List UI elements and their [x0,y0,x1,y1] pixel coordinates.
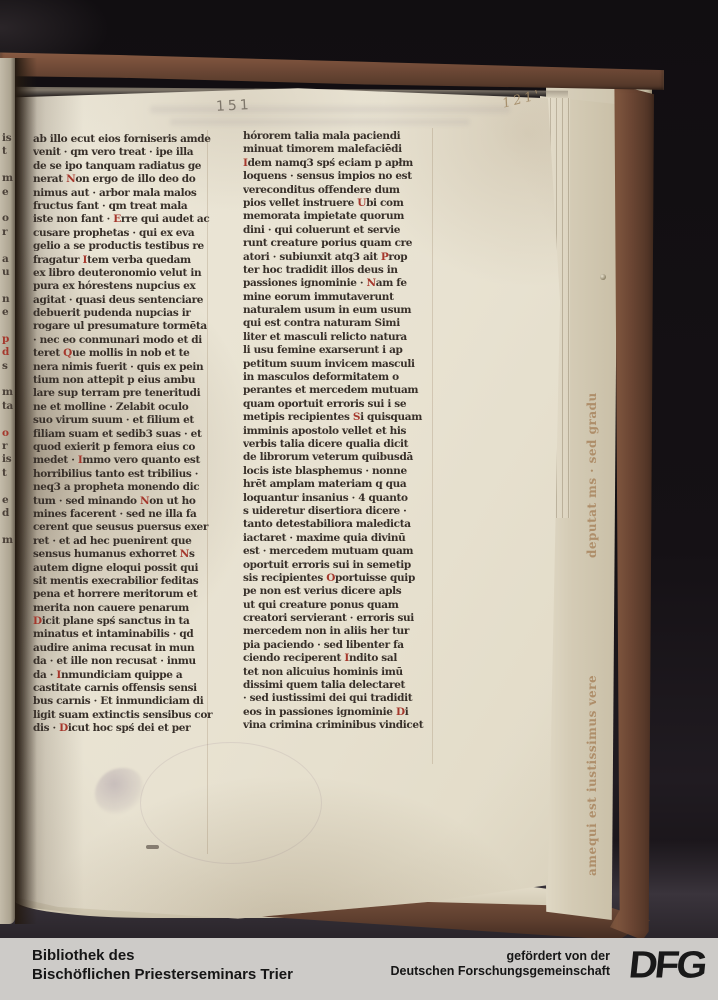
column-ruling-line [432,128,433,764]
library-name: Bibliothek des Bischöflichen Priestersem… [32,946,293,984]
rubricated-initial: I [344,652,349,664]
manuscript-line: runt creature porius quam cre [243,237,431,250]
manuscript-line: Idem namq3 spś eciam p apłm [243,157,431,170]
manuscript-line: li usu femine exarserunt i ap [243,344,431,357]
digitized-manuscript-screenshot: istmeoraunepdsmtaoristedm 151 121' ab il… [0,0,718,1000]
fore-edge-inscription-segment: ame [582,812,602,876]
manuscript-line: sis recipientes Oportuisse quip [243,572,431,585]
manuscript-scan-photo: istmeoraunepdsmtaoristedm 151 121' ab il… [0,0,718,938]
digitization-footer-band: Bibliothek des Bischöflichen Priestersem… [0,938,718,1000]
show-through-text [150,106,510,113]
manuscript-column-left: ab illo ecut eios forniseris amdevenit ·… [33,133,215,736]
manuscript-line: quod exierit p femora eius co [33,441,215,454]
rubricated-initial: O [326,572,335,584]
manuscript-line: minatus et intaminabilis · qd [33,628,215,641]
manuscript-line: loquantur insanius · 4 quanto [243,492,431,505]
manuscript-line: Dicit plane spś sanctus in ta [33,615,215,628]
manuscript-line: venit · qm vero treat · ipe illa [33,146,215,159]
facing-page-text-fragment [0,413,15,426]
funding-credit: gefördert von der Deutschen Forschungsge… [391,949,611,979]
facing-page-text-fragment: m [0,386,15,399]
manuscript-line: hrēt amplam materiam q qua [243,478,431,491]
rubricated-initial: D [33,615,42,627]
facing-page-text-fragment: r [0,440,15,453]
facing-page-text-fragment: p [0,333,15,346]
manuscript-line: oportuit erroris sui in semetip [243,559,431,572]
manuscript-line: ret · et ad hec puenirent que [33,535,215,548]
facing-page-text-fragment [0,159,15,172]
manuscript-line: audire anima recusat in mun [33,642,215,655]
ink-speck [146,845,159,849]
manuscript-line: locis iste blasphemus · nonne [243,465,431,478]
manuscript-line: imminis apostolo vellet et his [243,425,431,438]
manuscript-line: passiones ignominie · Nam fe [243,277,431,290]
manuscript-line: in masculos deformitatem o [243,371,431,384]
facing-page-text-fragment [0,279,15,292]
facing-page-text-fragment: n [0,293,15,306]
manuscript-line: nimus aut · arbor mala malos [33,187,215,200]
book-cover-top-edge [0,50,664,92]
facing-page-text-fragment: r [0,226,15,239]
manuscript-line: de librorum veterum quibusdā [243,451,431,464]
manuscript-line: teret Que mollis in nob et te [33,347,215,360]
manuscript-line: minuat timorem malefaciēdi [243,143,431,156]
funding-credit-line1: gefördert von der [391,949,611,964]
facing-page-text-fragment: u [0,266,15,279]
manuscript-line: dis · Dicut hoc spś dei et per [33,722,215,735]
manuscript-line: bus carnis · Et inmundiciam di [33,695,215,708]
funding-credit-line2: Deutschen Forschungsgemeinschaft [391,964,611,979]
facing-page-text-fragment [0,480,15,493]
manuscript-line: mercedem non in aliis her tur [243,625,431,638]
manuscript-line: est · mercedem mutuam quam [243,545,431,558]
facing-page-text-fragment [0,239,15,252]
rubricated-initial: N [140,495,149,507]
facing-page-text-fragment: d [0,346,15,359]
manuscript-line: tum · sed minando Non ut ho [33,495,215,508]
facing-page-text-fragment: is [0,453,15,466]
manuscript-line: pura ex hórestens nupcius ex [33,280,215,293]
manuscript-line: memorata impietate quorum [243,210,431,223]
facing-page-text-fragment: d [0,507,15,520]
manuscript-line: mines facerent · sed ne illa fa [33,508,215,521]
manuscript-line: tanto detestabiliora maledicta [243,518,431,531]
manuscript-line: merita non cauere penarum [33,602,215,615]
rubricated-initial: P [381,251,389,263]
library-name-line1: Bibliothek des [32,946,293,965]
facing-page-text-fragment: m [0,172,15,185]
folio-number-pencil: 151 [216,97,253,115]
manuscript-line: cerent que seusus puersus exer [33,521,215,534]
rubricated-initial: N [66,173,75,185]
manuscript-line: vina crimina criminibus vindicet [243,719,431,732]
facing-page-text-fragment: t [0,467,15,480]
manuscript-line: ciendo reciperent Indito sal [243,652,431,665]
manuscript-line: ter hoc tradidit illos deus in [243,264,431,277]
manuscript-line: atori · subiunxit atq3 ait Prop [243,251,431,264]
facing-page-text-fragment: s [0,360,15,373]
manuscript-line: da · et ille non recusat · inmu [33,655,215,668]
facing-page-text-fragment: o [0,427,15,440]
facing-page-text-fragment: e [0,306,15,319]
book-cover-right-edge [610,84,654,940]
manuscript-line: quam oportuit erroris sui i se [243,398,431,411]
manuscript-line: · sed iustissimi dei qui tradidit [243,692,431,705]
rubricated-initial: I [56,669,61,681]
manuscript-line: nerat Non ergo de illo deo do [33,173,215,186]
rubricated-initial: I [243,157,248,169]
manuscript-line: qui est contra naturam Simi [243,317,431,330]
manuscript-line: ab illo ecut eios forniseris amde [33,133,215,146]
manuscript-line: autem digne eloqui possit qui [33,562,215,575]
manuscript-line: castitate carnis offensis sensi [33,682,215,695]
manuscript-line: naturalem usum in eum usum [243,304,431,317]
manuscript-line: nera nimis fuerit · quis ex pein [33,361,215,374]
manuscript-line: ligit suam extinctis sensibus cor [33,709,215,722]
facing-page-text-fragment: o [0,212,15,225]
manuscript-line: horribilius tanto est tribilius · [33,468,215,481]
manuscript-line: perantes et mercedem mutuam [243,384,431,397]
fore-edge-inscription-segment: deputat ms · sed gradu [582,266,602,558]
rubricated-initial: S [353,411,360,423]
manuscript-line: medet · Immo vero quanto est [33,454,215,467]
manuscript-line: lare sup terram pre teneritudi [33,387,215,400]
manuscript-line: pena et horrere meritorum et [33,588,215,601]
library-name-line2: Bischöflichen Priesterseminars Trier [32,965,293,984]
facing-page-text-fragment: m [0,534,15,547]
facing-page-text-fragment [0,199,15,212]
manuscript-line: suo virum suum · et filium et [33,414,215,427]
manuscript-line: pe non est verius dicere apls [243,585,431,598]
rubricated-initial: N [366,277,375,289]
manuscript-line: liter et masculi relicto natura [243,331,431,344]
manuscript-line: s uideretur disertiora dicere · [243,505,431,518]
dfg-logo: DFG [626,944,706,987]
facing-page-text-fragment: ta [0,400,15,413]
manuscript-line: filiam suam et sedib3 suas · et [33,428,215,441]
manuscript-line: de se ipo tanquam radiatus ge [33,160,215,173]
manuscript-line: tet non alicuius hominis imū [243,666,431,679]
manuscript-line: sit mentis execrabilior feditas [33,575,215,588]
manuscript-line: ne et molline · Zelabit oculo [33,401,215,414]
facing-page-text-fragment: e [0,186,15,199]
manuscript-line: neq3 a propheta monendo dic [33,481,215,494]
facing-page-text-fragment: a [0,253,15,266]
manuscript-line: iactaret · maxime quia divinū [243,532,431,545]
manuscript-line: eos in passiones ignominie Di [243,706,431,719]
rubricated-initial: U [357,197,366,209]
manuscript-line: sensus humanus exhorret Ns [33,548,215,561]
manuscript-line: verbis talia dicere qualia dicit [243,438,431,451]
show-through-text [170,119,470,125]
manuscript-line: · nec eo conmunari modo et di [33,334,215,347]
manuscript-line: dini · qui coluerunt et servie [243,224,431,237]
rubricated-initial: Q [63,347,72,359]
manuscript-line: pios vellet instruere Ubi com [243,197,431,210]
manuscript-line: da · Inmundiciam quippe a [33,669,215,682]
manuscript-column-right: hórorem talia mala paciendiminuat timore… [243,130,431,733]
manuscript-line: dissimi quem talia delectaret [243,679,431,692]
manuscript-line: hórorem talia mala paciendi [243,130,431,143]
rubricated-initial: E [113,213,121,225]
manuscript-line: debuerit pudenda nupcias ir [33,307,215,320]
manuscript-line: creatori servierant · erroris sui [243,612,431,625]
show-through-ring [140,742,322,864]
facing-page-text-fragment [0,373,15,386]
rubricated-initial: I [78,454,83,466]
manuscript-line: mine eorum immutaverunt [243,291,431,304]
manuscript-line: vereconditus offendere dum [243,184,431,197]
manuscript-line: gelio a se productis testibus re [33,240,215,253]
facing-page-text-fragment [0,319,15,332]
rubricated-initial: D [396,706,405,718]
facing-page-text-fragment: is [0,132,15,145]
fore-edge-inscription-segment: qui est iustissimus vere [582,556,602,846]
manuscript-line: fragatur Item verba quedam [33,254,215,267]
manuscript-line: loquens · sensus impios no est [243,170,431,183]
facing-page-text-fragment [0,520,15,533]
manuscript-line: cusare prophetas · qui ex eva [33,227,215,240]
facing-page-sliver: istmeoraunepdsmtaoristedm [0,58,15,924]
manuscript-line: fructus fant · qm treat mala [33,200,215,213]
manuscript-line: pia paciendo · sed libenter fa [243,639,431,652]
manuscript-line: petitum suum invicem masculi [243,358,431,371]
manuscript-line: metipis recipientes Si quisquam [243,411,431,424]
manuscript-line: iste non fant · Erre qui audet ac [33,213,215,226]
facing-page-text-fragment: e [0,494,15,507]
manuscript-line: ex libro deuteronomio velut in [33,267,215,280]
rubricated-initial: I [83,254,88,266]
manuscript-line: tium non attepit p eius ambu [33,374,215,387]
manuscript-line: ut qui creature ponus quam [243,599,431,612]
manuscript-line: rogare ul presumature tormēta [33,320,215,333]
facing-page-text-fragment: t [0,145,15,158]
rubricated-initial: N [180,548,189,560]
rubricated-initial: D [59,722,68,734]
manuscript-line: agitat · quasi deus sentenciare [33,294,215,307]
